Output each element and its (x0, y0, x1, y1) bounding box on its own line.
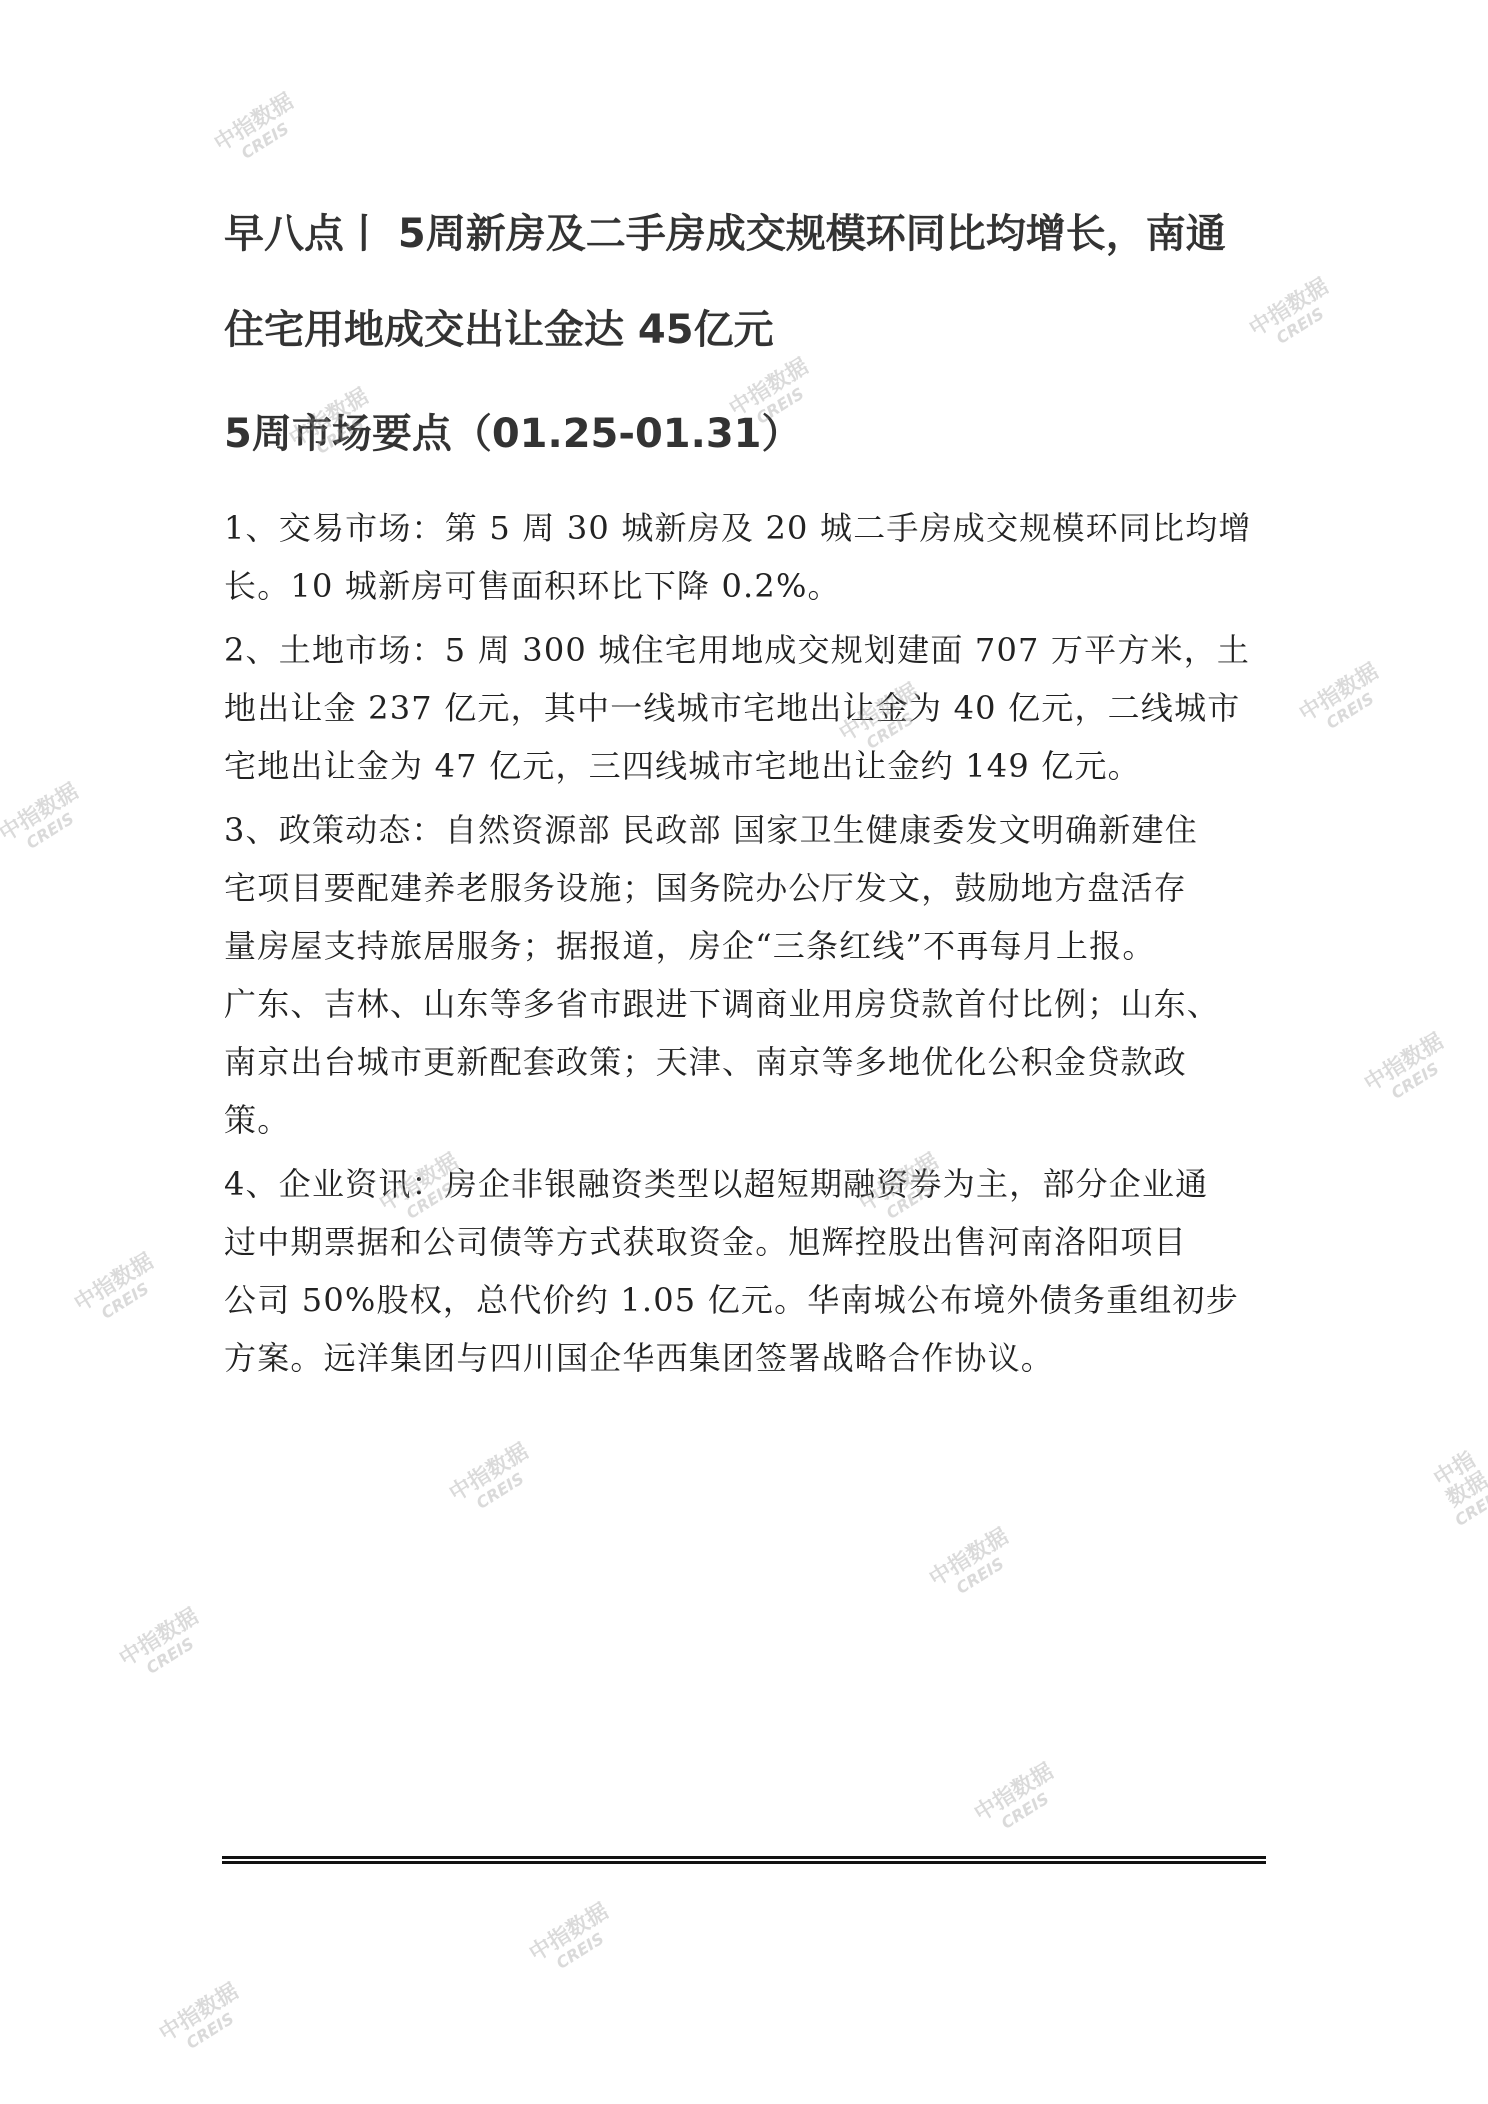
watermark-logo: 中指数据CREIS (926, 1525, 1023, 1607)
watermark-cn: 中指数据 (926, 1525, 1013, 1592)
watermark-logo: 中指数据CREIS (971, 1760, 1068, 1842)
watermark-cn: 中指数据 (1426, 1446, 1488, 1515)
watermark-en: CREIS (1452, 1487, 1488, 1530)
watermark-logo: 中指数据CREIS (211, 90, 308, 172)
watermark-en: CREIS (83, 1270, 167, 1332)
watermark-logo: 中指数据CREIS (526, 1900, 623, 1982)
rule-line-bottom (222, 1861, 1266, 1864)
text-line: 宅地出让金为 47 亿元，三四线城市宅地出让金约 149 亿元。 (224, 737, 1284, 795)
title-line: 住宅用地成交出让金达 45亿元 (224, 282, 1284, 378)
watermark-en: CREIS (168, 2000, 252, 2062)
watermark-en: CREIS (538, 1920, 622, 1982)
watermark-cn: 中指数据 (0, 780, 83, 847)
text-line: 公司 50%股权，总代价约 1.05 亿元。华南城公布境外债务重组初步 (224, 1271, 1284, 1329)
watermark-cn: 中指数据 (1296, 660, 1383, 727)
watermark-logo: 中指数据CREIS (446, 1440, 543, 1522)
watermark-cn: 中指数据 (71, 1250, 158, 1317)
watermark-logo: 中指数据CREIS (1426, 1446, 1488, 1530)
watermark-logo: 中指数据CREIS (71, 1250, 168, 1332)
text-line: 长。10 城新房可售面积环比下降 0.2%。 (224, 557, 1284, 615)
double-rule-divider (222, 1856, 1266, 1864)
document-title: 早八点丨 5周新房及二手房成交规模环同比均增长，南通 住宅用地成交出让金达 45… (224, 186, 1284, 378)
watermark-cn: 中指数据 (1361, 1030, 1448, 1097)
watermark-logo: 中指数据CREIS (116, 1605, 213, 1687)
text-line: 南京出台城市更新配套政策；天津、南京等多地优化公积金贷款政 (224, 1033, 1284, 1091)
watermark-en: CREIS (938, 1545, 1022, 1607)
text-line: 策。 (224, 1091, 1284, 1149)
watermark-cn: 中指数据 (116, 1605, 203, 1672)
watermark-en: CREIS (983, 1780, 1067, 1842)
text-line: 1、交易市场：第 5 周 30 城新房及 20 城二手房成交规模环同比均增 (224, 499, 1284, 557)
title-line: 早八点丨 5周新房及二手房成交规模环同比均增长，南通 (224, 186, 1284, 282)
watermark-cn: 中指数据 (446, 1440, 533, 1507)
watermark-logo: 中指数据CREIS (1361, 1030, 1458, 1112)
text-line: 3、政策动态：自然资源部 民政部 国家卫生健康委发文明确新建住 (224, 801, 1284, 859)
watermark-logo: 中指数据CREIS (0, 780, 92, 862)
text-line: 4、企业资讯：房企非银融资类型以超短期融资券为主，部分企业通 (224, 1155, 1284, 1213)
document-page: 早八点丨 5周新房及二手房成交规模环同比均增长，南通 住宅用地成交出让金达 45… (0, 0, 1488, 2104)
paragraph-trading-market: 1、交易市场：第 5 周 30 城新房及 20 城二手房成交规模环同比均增 长。… (224, 499, 1284, 615)
text-line: 方案。远洋集团与四川国企华西集团签署战略合作协议。 (224, 1329, 1284, 1387)
paragraph-land-market: 2、土地市场：5 周 300 城住宅用地成交规划建面 707 万平方米，土 地出… (224, 621, 1284, 795)
rule-line-top (222, 1856, 1266, 1859)
watermark-logo: 中指数据CREIS (156, 1980, 253, 2062)
watermark-en: CREIS (223, 110, 307, 172)
watermark-cn: 中指数据 (156, 1980, 243, 2047)
watermark-en: CREIS (1308, 680, 1392, 742)
watermark-cn: 中指数据 (971, 1760, 1058, 1827)
watermark-en: CREIS (128, 1625, 212, 1687)
watermark-cn: 中指数据 (526, 1900, 613, 1967)
watermark-en: CREIS (458, 1460, 542, 1522)
watermark-en: CREIS (8, 800, 92, 862)
paragraph-policy: 3、政策动态：自然资源部 民政部 国家卫生健康委发文明确新建住 宅项目要配建养老… (224, 801, 1284, 1149)
section-heading: 5周市场要点（01.25-01.31） (224, 404, 801, 464)
paragraph-enterprise: 4、企业资讯：房企非银融资类型以超短期融资券为主，部分企业通 过中期票据和公司债… (224, 1155, 1284, 1387)
text-line: 过中期票据和公司债等方式获取资金。旭辉控股出售河南洛阳项目 (224, 1213, 1284, 1271)
document-body: 1、交易市场：第 5 周 30 城新房及 20 城二手房成交规模环同比均增 长。… (224, 499, 1284, 1393)
text-line: 地出让金 237 亿元，其中一线城市宅地出让金为 40 亿元，二线城市 (224, 679, 1284, 737)
watermark-en: CREIS (1373, 1050, 1457, 1112)
text-line: 2、土地市场：5 周 300 城住宅用地成交规划建面 707 万平方米，土 (224, 621, 1284, 679)
text-line: 量房屋支持旅居服务；据报道，房企“三条红线”不再每月上报。 (224, 917, 1284, 975)
text-line: 广东、吉林、山东等多省市跟进下调商业用房贷款首付比例；山东、 (224, 975, 1284, 1033)
watermark-cn: 中指数据 (211, 90, 298, 157)
watermark-logo: 中指数据CREIS (1296, 660, 1393, 742)
text-line: 宅项目要配建养老服务设施；国务院办公厅发文，鼓励地方盘活存 (224, 859, 1284, 917)
